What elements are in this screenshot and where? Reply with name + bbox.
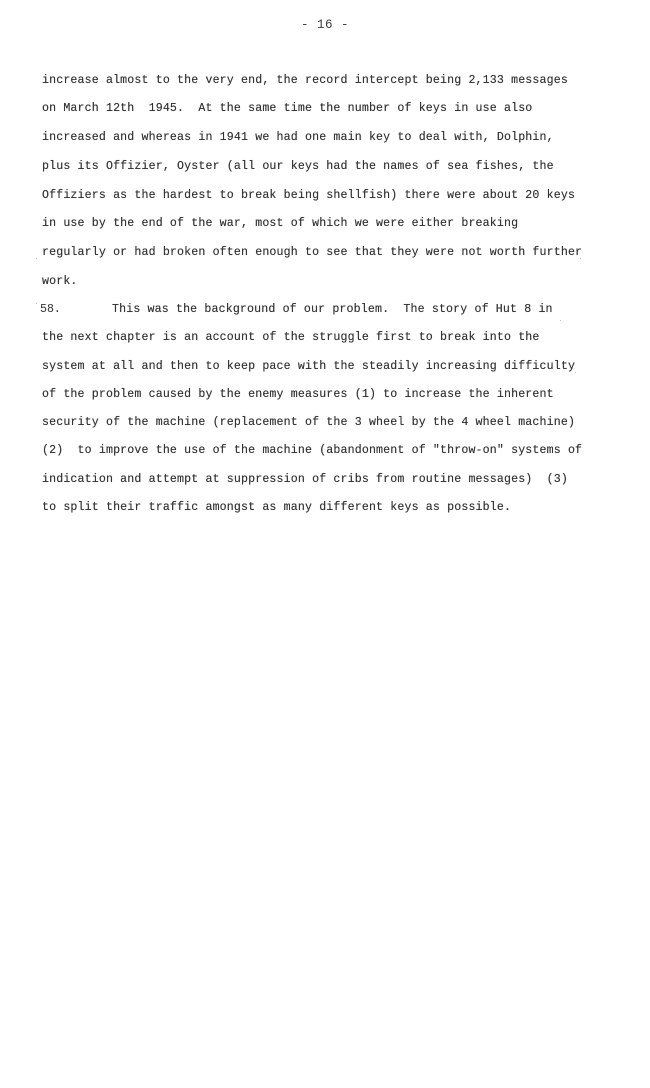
scan-speck [575, 372, 576, 373]
document-page: - 16 - increase almost to the very end, … [0, 0, 650, 1088]
text-line: on March 12th 1945. At the same time the… [42, 102, 532, 115]
text-line: increase almost to the very end, the rec… [42, 74, 568, 87]
paragraph-number: 58. [40, 303, 61, 316]
text-line: increased and whereas in 1941 we had one… [42, 131, 554, 144]
scan-speck [36, 303, 37, 304]
page-number: - 16 - [0, 18, 650, 32]
scan-speck [36, 258, 37, 259]
text-line: This was the background of our problem. … [112, 303, 553, 316]
text-line: (2) to improve the use of the machine (a… [42, 444, 582, 457]
text-line: indication and attempt at suppression of… [42, 473, 568, 486]
text-line: regularly or had broken often enough to … [42, 246, 582, 259]
scan-speck [580, 258, 581, 259]
text-line: of the problem caused by the enemy measu… [42, 388, 554, 401]
text-line: work. [42, 275, 78, 288]
scan-speck [560, 320, 561, 321]
text-line: plus its Offizier, Oyster (all our keys … [42, 160, 554, 173]
text-line: Offiziers as the hardest to break being … [42, 189, 575, 202]
text-line: in use by the end of the war, most of wh… [42, 217, 518, 230]
text-line: to split their traffic amongst as many d… [42, 501, 511, 514]
text-line: security of the machine (replacement of … [42, 416, 575, 429]
text-line: the next chapter is an account of the st… [42, 331, 540, 344]
text-line: system at all and then to keep pace with… [42, 360, 575, 373]
